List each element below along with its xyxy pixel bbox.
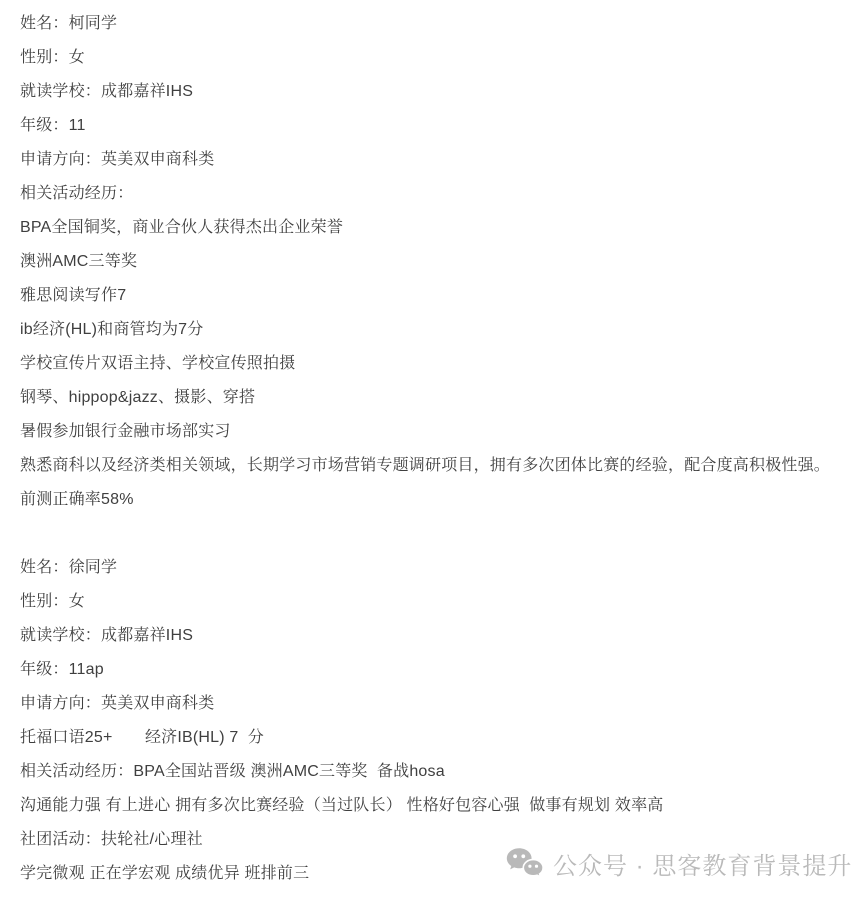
- profile-line-school: 就读学校：成都嘉祥IHS: [20, 75, 852, 109]
- profile-line-activity: 澳洲AMC三等奖: [20, 245, 852, 279]
- profile-line-activity: 暑假参加银行金融市场部实习: [20, 415, 852, 449]
- profile-line-activity: BPA全国铜奖，商业合伙人获得杰出企业荣誉: [20, 211, 852, 245]
- profile-line-scores: 托福口语25+ 经济IB(HL) 7 分: [20, 721, 852, 755]
- profile-line-gender: 性别：女: [20, 41, 852, 75]
- profile-line-name: 姓名：柯同学: [20, 7, 852, 41]
- watermark-text: 公众号 · 思客教育背景提升: [553, 846, 852, 881]
- watermark: 公众号 · 思客教育背景提升: [506, 846, 852, 881]
- profile-line-activity: ib经济(HL)和商管均为7分: [20, 313, 852, 347]
- profile-line-grade: 年级：11: [20, 109, 852, 143]
- profile-line-personality: 沟通能力强 有上进心 拥有多次比赛经验（当过队长） 性格好包容心强 做事有规划 …: [20, 789, 852, 823]
- profile-line-pretest: 前测正确率58%: [20, 483, 852, 517]
- profile-line-school: 就读学校：成都嘉祥IHS: [20, 619, 852, 653]
- profile-line-activities-header: 相关活动经历：: [20, 177, 852, 211]
- profile-line-activity: 雅思阅读写作7: [20, 279, 852, 313]
- profile-line-gender: 性别：女: [20, 585, 852, 619]
- profile-line-direction: 申请方向：英美双申商科类: [20, 687, 852, 721]
- section-divider-space: [20, 517, 852, 551]
- profile-line-direction: 申请方向：英美双申商科类: [20, 143, 852, 177]
- wechat-icon: [506, 847, 544, 881]
- profile-line-name: 姓名：徐同学: [20, 551, 852, 585]
- profile-line-grade: 年级：11ap: [20, 653, 852, 687]
- student-profile-1: 姓名：柯同学 性别：女 就读学校：成都嘉祥IHS 年级：11 申请方向：英美双申…: [20, 7, 852, 517]
- profile-line-activities: 相关活动经历：BPA全国站晋级 澳洲AMC三等奖 备战hosa: [20, 755, 852, 789]
- document-body: 姓名：柯同学 性别：女 就读学校：成都嘉祥IHS 年级：11 申请方向：英美双申…: [0, 0, 862, 891]
- profile-line-activity: 钢琴、hippop&jazz、摄影、穿搭: [20, 381, 852, 415]
- profile-line-activity: 学校宣传片双语主持、学校宣传照拍摄: [20, 347, 852, 381]
- student-profile-2: 姓名：徐同学 性别：女 就读学校：成都嘉祥IHS 年级：11ap 申请方向：英美…: [20, 551, 852, 891]
- profile-line-activity: 熟悉商科以及经济类相关领域，长期学习市场营销专题调研项目，拥有多次团体比赛的经验…: [20, 449, 852, 483]
